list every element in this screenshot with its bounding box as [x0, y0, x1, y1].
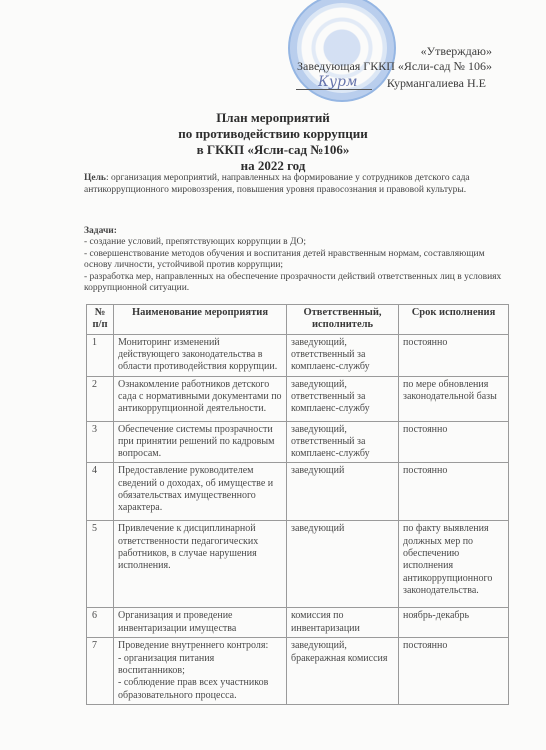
row-number: 6	[87, 608, 114, 638]
event-cell: Привлечение к дисциплинарной ответственн…	[114, 521, 287, 608]
deadline-cell: по факту выявления должных мер по обеспе…	[399, 521, 509, 608]
deadline-cell: по мере обновления законодательной базы	[399, 376, 509, 421]
event-cell: Обеспечение системы прозрачности при при…	[114, 421, 287, 463]
document-title-line-4: на 2022 год	[0, 158, 546, 174]
table-row: 7Проведение внутреннего контроля: - орга…	[87, 638, 509, 704]
responsible-cell: заведующий, ответственный за комплаенс-с…	[287, 421, 399, 463]
event-cell: Ознакомление работников детского сада с …	[114, 376, 287, 421]
task-item: - разработка мер, направленных на обеспе…	[84, 272, 504, 295]
tasks-heading: Задачи:	[84, 226, 504, 238]
header-event: Наименование мероприятия	[114, 305, 287, 335]
header-deadline: Срок исполнения	[399, 305, 509, 335]
table-row: 5Привлечение к дисциплинарной ответствен…	[87, 521, 509, 608]
signature: Курм	[318, 74, 358, 90]
tasks-list: - создание условий, препятствующих корру…	[84, 237, 504, 295]
row-number: 4	[87, 463, 114, 521]
document-title-line-1: План мероприятий	[0, 110, 546, 126]
deadline-cell: постоянно	[399, 421, 509, 463]
goal-paragraph: Цель: организация мероприятий, направлен…	[84, 173, 504, 196]
deadline-cell: постоянно	[399, 463, 509, 521]
goal-label: Цель	[84, 173, 106, 183]
event-cell: Мониторинг изменений действующего законо…	[114, 334, 287, 376]
approver-position: Заведующая ГККП «Ясли-сад № 106»	[297, 59, 492, 74]
table-row: 6Организация и проведение инвентаризации…	[87, 608, 509, 638]
table-row: 4Предоставление руководителем сведений о…	[87, 463, 509, 521]
document-title-line-2: по противодействию коррупции	[0, 126, 546, 142]
deadline-cell: ноябрь-декабрь	[399, 608, 509, 638]
document-title-line-3: в ГККП «Ясли-сад №106»	[0, 142, 546, 158]
row-number: 1	[87, 334, 114, 376]
task-item: - совершенствование методов обучения и в…	[84, 249, 504, 272]
table-row: 3Обеспечение системы прозрачности при пр…	[87, 421, 509, 463]
goal-text: : организация мероприятий, направленных …	[84, 173, 470, 195]
responsible-cell: заведующий	[287, 521, 399, 608]
approval-heading: «Утверждаю»	[421, 44, 492, 59]
approver-name: Курмангалиева Н.Е	[387, 76, 486, 91]
row-number: 2	[87, 376, 114, 421]
event-cell: Организация и проведение инвентаризации …	[114, 608, 287, 638]
table-header-row: № п/п Наименование мероприятия Ответстве…	[87, 305, 509, 335]
task-item: - создание условий, препятствующих корру…	[84, 237, 504, 249]
header-responsible: Ответственный, исполнитель	[287, 305, 399, 335]
responsible-cell: заведующий, ответственный за комплаенс-с…	[287, 376, 399, 421]
responsible-cell: комиссия по инвентаризации	[287, 608, 399, 638]
row-number: 3	[87, 421, 114, 463]
table-row: 2Ознакомление работников детского сада с…	[87, 376, 509, 421]
deadline-cell: постоянно	[399, 638, 509, 704]
responsible-cell: заведующий, ответственный за комплаенс-с…	[287, 334, 399, 376]
event-cell: Проведение внутреннего контроля: - орган…	[114, 638, 287, 704]
table-row: 1Мониторинг изменений действующего закон…	[87, 334, 509, 376]
row-number: 7	[87, 638, 114, 704]
deadline-cell: постоянно	[399, 334, 509, 376]
plan-table: № п/п Наименование мероприятия Ответстве…	[86, 304, 509, 705]
responsible-cell: заведующий, бракеражная комиссия	[287, 638, 399, 704]
row-number: 5	[87, 521, 114, 608]
responsible-cell: заведующий	[287, 463, 399, 521]
event-cell: Предоставление руководителем сведений о …	[114, 463, 287, 521]
header-number: № п/п	[87, 305, 114, 335]
